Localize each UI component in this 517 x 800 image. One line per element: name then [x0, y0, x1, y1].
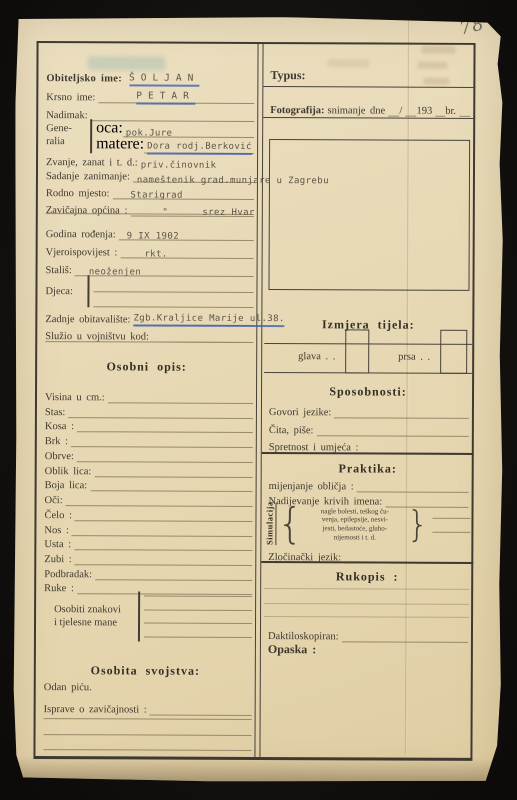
field-residence: Zadnje obitavalište: Zgb.Kraljice Marije…: [45, 309, 253, 326]
close-brace: }: [407, 504, 429, 546]
ruled-line: [433, 531, 471, 533]
simulation-lines: [430, 517, 471, 533]
remark-title: Opaska :: [268, 642, 316, 657]
children-bracket: [87, 275, 89, 307]
left-column: Obiteljsko ime: ŠOLJAN Krsno ime: PETAR …: [35, 43, 257, 757]
ruled-line: [144, 595, 252, 597]
special-marks-bracket: [138, 591, 140, 641]
generalia-label: Gene- ralia: [46, 119, 88, 153]
children-block: Djeca:: [45, 275, 253, 308]
field-birth-year: Godina rođenja: 9 IX 1902: [46, 224, 254, 241]
photo-label: Fotografija:: [270, 105, 327, 116]
simulation-label: Simulacija: [265, 503, 276, 545]
special-marks-block: Osobiti znakovi i tjelesne mane: [44, 591, 252, 642]
field-first-name: Krsno ime: PETAR: [46, 87, 254, 104]
ruled-line: [144, 635, 252, 637]
family-name-label: Obiteljsko ime:: [46, 73, 125, 84]
profession-value: priv.činovnik: [141, 160, 217, 170]
measurement-cell-chest: [440, 330, 467, 374]
ruled-line: [45, 341, 253, 343]
personal-description-title: Osobni opis:: [37, 359, 256, 375]
birth-year-value: 9 IX 1902: [127, 231, 179, 241]
open-brace: {: [277, 503, 303, 545]
ruled-line: [93, 291, 253, 308]
simulation-block: Simulacija { nagle bolesti, teškog ču- v…: [265, 502, 470, 547]
documents-label: Isprave o zavičajnosti :: [44, 704, 150, 715]
special-traits-title: Osobita svojstva:: [36, 663, 255, 679]
occupation-label: Sadanje zanimanje:: [46, 171, 133, 182]
residence-label: Zadnje obitavalište:: [45, 314, 133, 325]
father-value: pok.Jure: [126, 128, 173, 138]
municipality-value: srez Hvar: [202, 208, 254, 218]
simulation-text: nagle bolesti, teškog ču- venja, epileps…: [304, 507, 406, 542]
ruled-line: [44, 718, 252, 720]
ruled-line: [144, 608, 252, 610]
handwriting-title: Rukopis :: [261, 569, 473, 585]
ruled-line: [264, 616, 469, 618]
section-rule: [262, 452, 474, 455]
field-family-name: Obiteljsko ime: ŠOLJAN: [46, 66, 254, 85]
birthplace-value: Starigrad: [130, 190, 182, 200]
generalia-rows: oca: pok.Jure matere: Dora rodj.Berković: [96, 119, 254, 154]
ruled-line: [264, 603, 469, 605]
children-label: Djeca:: [45, 275, 85, 307]
section-rule: [261, 561, 473, 564]
generalia-bracket: [90, 119, 92, 153]
ruled-line: [264, 588, 469, 590]
municipality-ditto: ": [162, 208, 168, 218]
abilities-title: Sposobnosti:: [262, 384, 474, 400]
occupation-value: nameštenik grad.munjare u Zagrebu: [137, 175, 329, 186]
form-frame: Obiteljsko ime: ŠOLJAN Krsno ime: PETAR …: [33, 41, 475, 761]
municipality-label: Zavičajna općina :: [46, 205, 131, 216]
first-name-value: PETAR: [136, 90, 195, 104]
section-rule: [263, 117, 475, 119]
photo-box: [268, 139, 470, 291]
birthplace-label: Rodno mjesto:: [46, 188, 113, 199]
field-documents: Isprave o zavičajnosti :: [44, 699, 252, 716]
typus-label: Typus:: [270, 68, 305, 83]
measurement-table: glava . . prsa . .: [264, 329, 472, 374]
field-fingerprint: Daktiloskopiran:: [268, 626, 468, 643]
mother-value: Dora rodj.Berković: [147, 142, 252, 155]
ability-row: Čita, piše:: [269, 420, 469, 437]
head-label: glava . .: [298, 351, 335, 362]
field-religion: Vjeroispovijest : rkt.: [46, 242, 254, 259]
family-name-value: ŠOLJAN: [129, 72, 199, 86]
section-rule: [263, 86, 475, 88]
paper-sheet: 78 Obiteljsko ime: ŠOLJAN Krsno ime: PET…: [12, 16, 504, 784]
ruled-line: [44, 734, 252, 736]
generalia-block: Gene- ralia oca: pok.Jure matere: Dora r…: [46, 119, 254, 154]
special-marks-label: Osobiti znakovi i tjelesne mane: [44, 591, 136, 641]
ruled-line: [43, 749, 251, 751]
fingerprint-label: Daktiloskopiran:: [268, 631, 342, 642]
religion-label: Vjeroispovijest :: [46, 247, 121, 258]
measurement-cell-head: [345, 329, 369, 373]
birth-year-label: Godina rođenja:: [46, 229, 119, 240]
ruled-line: [433, 517, 471, 519]
first-name-label: Krsno ime:: [46, 92, 98, 103]
right-column: Typus: Fotografija: snimanje dne / 193 b…: [260, 44, 475, 758]
field-photo: Fotografija: snimanje dne / 193 br.: [270, 100, 470, 117]
ability-row: Govori jezike:: [269, 402, 469, 419]
ruled-line: [144, 622, 252, 624]
religion-value: rkt.: [144, 250, 167, 260]
addiction-note: Odan piću.: [44, 682, 92, 693]
status-value: neoženjen: [89, 267, 141, 277]
residence-value: Zgb.Kraljice Marije ul.38.: [133, 313, 284, 327]
chest-label: prsa . .: [398, 352, 430, 363]
